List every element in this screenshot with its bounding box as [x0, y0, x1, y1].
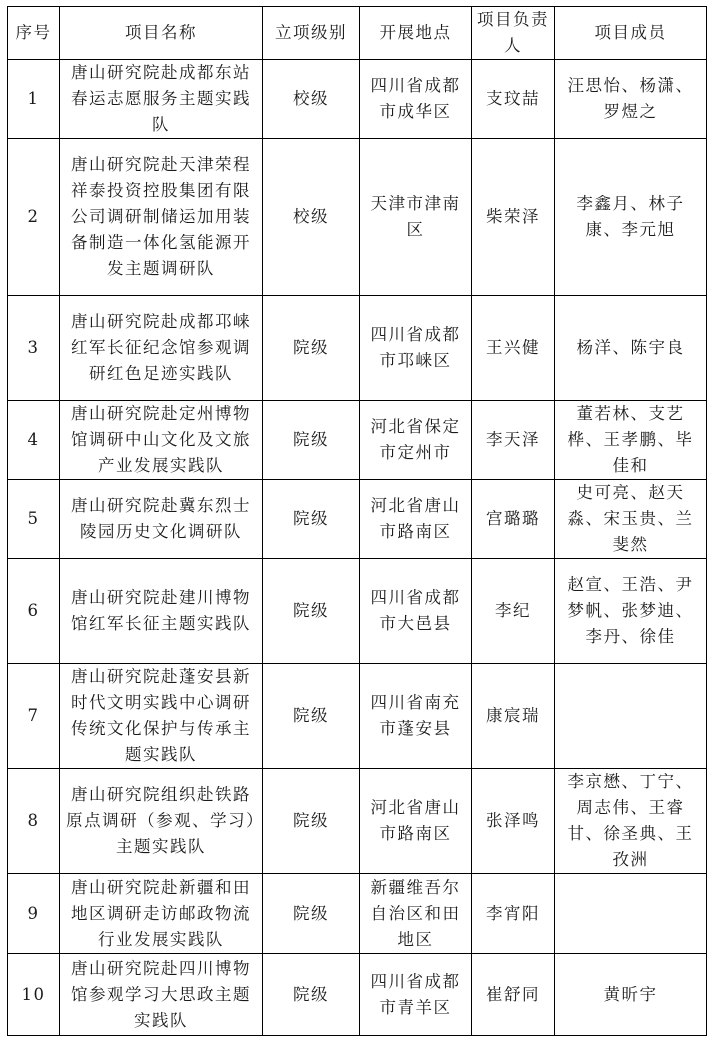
- cell-level: 院级: [263, 954, 360, 1036]
- cell-place: 天津市津南区: [360, 139, 472, 296]
- cell-place: 四川省成都市成华区: [360, 60, 472, 139]
- cell-members: 李鑫月、林子康、李元旭: [555, 139, 707, 296]
- cell-no: 2: [8, 139, 60, 296]
- cell-no: 10: [8, 954, 60, 1036]
- cell-lead: 王兴健: [472, 296, 555, 401]
- cell-name: 唐山研究院赴建川博物馆红军长征主题实践队: [60, 559, 263, 664]
- cell-no: 8: [8, 769, 60, 874]
- cell-place: 四川省南充市蓬安县: [360, 664, 472, 769]
- cell-members: [555, 664, 707, 769]
- header-members: 项目成员: [555, 7, 707, 60]
- table-row: 10 唐山研究院赴四川博物馆参观学习大思政主题实践队 院级 四川省成都市青羊区 …: [8, 954, 707, 1036]
- cell-name: 唐山研究院赴天津荣程祥泰投资控股集团有限公司调研制储运加用装备制造一体化氢能源开…: [60, 139, 263, 296]
- header-lead: 项目负责人: [472, 7, 555, 60]
- cell-place: 河北省保定市定州市: [360, 401, 472, 480]
- cell-no: 1: [8, 60, 60, 139]
- cell-lead: 李宵阳: [472, 874, 555, 954]
- cell-name: 唐山研究院组织赴铁路原点调研（参观、学习）主题实践队: [60, 769, 263, 874]
- cell-name: 唐山研究院赴定州博物馆调研中山文化及文旅产业发展实践队: [60, 401, 263, 480]
- cell-name: 唐山研究院赴成都东站春运志愿服务主题实践队: [60, 60, 263, 139]
- cell-place: 河北省唐山市路南区: [360, 480, 472, 559]
- table-row: 4 唐山研究院赴定州博物馆调研中山文化及文旅产业发展实践队 院级 河北省保定市定…: [8, 401, 707, 480]
- cell-lead: 支玟喆: [472, 60, 555, 139]
- cell-place: 四川省成都市邛崃区: [360, 296, 472, 401]
- cell-members: 赵宣、王浩、尹梦帆、张梦迪、李丹、徐佳: [555, 559, 707, 664]
- table-row: 5 唐山研究院赴冀东烈士陵园历史文化调研队 院级 河北省唐山市路南区 宫璐璐 史…: [8, 480, 707, 559]
- cell-no: 7: [8, 664, 60, 769]
- cell-no: 4: [8, 401, 60, 480]
- cell-members: 李京懋、丁宁、周志伟、王睿甘、徐圣典、王孜洲: [555, 769, 707, 874]
- cell-lead: 崔舒同: [472, 954, 555, 1036]
- cell-lead: 康宸瑞: [472, 664, 555, 769]
- cell-level: 院级: [263, 664, 360, 769]
- cell-place: 新疆维吾尔自治区和田地区: [360, 874, 472, 954]
- cell-name: 唐山研究院赴蓬安县新时代文明实践中心调研传统文化保护与传承主题实践队: [60, 664, 263, 769]
- cell-name: 唐山研究院赴新疆和田地区调研走访邮政物流行业发展实践队: [60, 874, 263, 954]
- table-row: 6 唐山研究院赴建川博物馆红军长征主题实践队 院级 四川省成都市大邑县 李纪 赵…: [8, 559, 707, 664]
- table-row: 8 唐山研究院组织赴铁路原点调研（参观、学习）主题实践队 院级 河北省唐山市路南…: [8, 769, 707, 874]
- cell-members: 董若林、支艺桦、王孝鹏、毕佳和: [555, 401, 707, 480]
- cell-lead: 李天泽: [472, 401, 555, 480]
- table-row: 7 唐山研究院赴蓬安县新时代文明实践中心调研传统文化保护与传承主题实践队 院级 …: [8, 664, 707, 769]
- table-row: 2 唐山研究院赴天津荣程祥泰投资控股集团有限公司调研制储运加用装备制造一体化氢能…: [8, 139, 707, 296]
- cell-no: 6: [8, 559, 60, 664]
- cell-members: 汪思怡、杨潇、罗煜之: [555, 60, 707, 139]
- cell-members: 黄昕宇: [555, 954, 707, 1036]
- table-row: 9 唐山研究院赴新疆和田地区调研走访邮政物流行业发展实践队 院级 新疆维吾尔自治…: [8, 874, 707, 954]
- cell-level: 校级: [263, 139, 360, 296]
- cell-lead: 李纪: [472, 559, 555, 664]
- cell-level: 院级: [263, 874, 360, 954]
- header-name: 项目名称: [60, 7, 263, 60]
- cell-name: 唐山研究院赴冀东烈士陵园历史文化调研队: [60, 480, 263, 559]
- cell-no: 9: [8, 874, 60, 954]
- cell-members: [555, 874, 707, 954]
- cell-lead: 张泽鸣: [472, 769, 555, 874]
- cell-level: 院级: [263, 559, 360, 664]
- cell-place: 四川省成都市大邑县: [360, 559, 472, 664]
- cell-level: 院级: [263, 401, 360, 480]
- header-no: 序号: [8, 7, 60, 60]
- cell-members: 史可亮、赵天淼、宋玉贵、兰斐然: [555, 480, 707, 559]
- cell-no: 5: [8, 480, 60, 559]
- cell-level: 院级: [263, 296, 360, 401]
- cell-name: 唐山研究院赴成都邛崃红军长征纪念馆参观调研红色足迹实践队: [60, 296, 263, 401]
- header-level: 立项级别: [263, 7, 360, 60]
- cell-level: 院级: [263, 769, 360, 874]
- cell-place: 四川省成都市青羊区: [360, 954, 472, 1036]
- table-row: 1 唐山研究院赴成都东站春运志愿服务主题实践队 校级 四川省成都市成华区 支玟喆…: [8, 60, 707, 139]
- header-place: 开展地点: [360, 7, 472, 60]
- cell-level: 院级: [263, 480, 360, 559]
- cell-lead: 柴荣泽: [472, 139, 555, 296]
- cell-level: 校级: [263, 60, 360, 139]
- table-header-row: 序号 项目名称 立项级别 开展地点 项目负责人 项目成员: [8, 7, 707, 60]
- cell-no: 3: [8, 296, 60, 401]
- cell-lead: 宫璐璐: [472, 480, 555, 559]
- cell-place: 河北省唐山市路南区: [360, 769, 472, 874]
- cell-name: 唐山研究院赴四川博物馆参观学习大思政主题实践队: [60, 954, 263, 1036]
- table-row: 3 唐山研究院赴成都邛崃红军长征纪念馆参观调研红色足迹实践队 院级 四川省成都市…: [8, 296, 707, 401]
- practice-team-table: 序号 项目名称 立项级别 开展地点 项目负责人 项目成员 1 唐山研究院赴成都东…: [7, 6, 707, 1036]
- cell-members: 杨洋、陈宇良: [555, 296, 707, 401]
